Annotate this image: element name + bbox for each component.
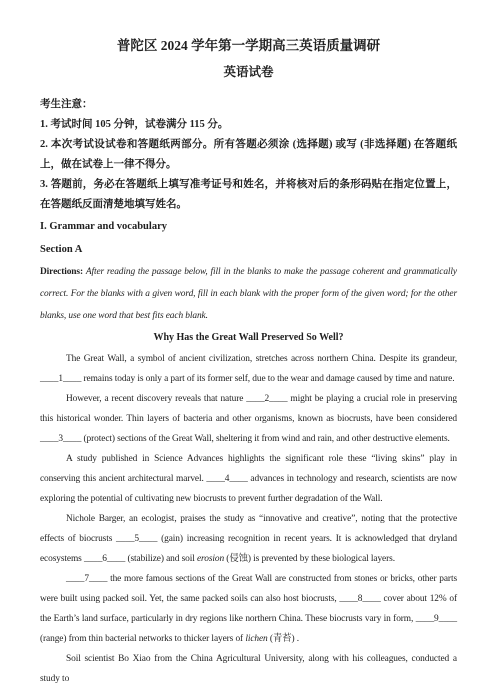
passage-text: (青苔) . xyxy=(268,634,299,644)
passage-text: However, a recent discovery reveals that… xyxy=(40,394,457,444)
notice-item-3: 3. 答题前，务必在答题纸上填写准考证号和姓名，并将核对后的条形码贴在指定位置上… xyxy=(40,175,457,215)
notice-item-1: 1. 考试时间 105 分钟，试卷满分 115 分。 xyxy=(40,115,457,135)
document-subtitle: 英语试卷 xyxy=(40,63,457,81)
passage-text: Soil scientist Bo Xiao from the China Ag… xyxy=(40,654,457,684)
passage-paragraph: However, a recent discovery reveals that… xyxy=(40,389,457,449)
glossed-term: erosion xyxy=(197,554,224,564)
notice-heading: 考生注意： xyxy=(40,95,457,115)
directions-label: Directions: xyxy=(40,267,83,277)
passage-body: The Great Wall, a symbol of ancient civi… xyxy=(40,349,457,689)
passage-paragraph: The Great Wall, a symbol of ancient civi… xyxy=(40,349,457,389)
passage-title: Why Has the Great Wall Preserved So Well… xyxy=(40,327,457,349)
directions: Directions: After reading the passage be… xyxy=(40,261,457,327)
notice-item-2: 2. 本次考试设试卷和答题纸两部分。所有答题必须涂 (选择题) 或写 (非选择题… xyxy=(40,135,457,175)
exam-paper-page: 普陀区 2024 学年第一学期高三英语质量调研 英语试卷 考生注意： 1. 考试… xyxy=(0,0,495,700)
passage-text: (侵蚀) is prevented by these biological la… xyxy=(224,554,395,564)
passage-paragraph: Nichole Barger, an ecologist, praises th… xyxy=(40,509,457,569)
subsection-heading-section-a: Section A xyxy=(40,238,457,261)
section-heading-grammar-vocabulary: I. Grammar and vocabulary xyxy=(40,215,457,238)
passage-paragraph: Soil scientist Bo Xiao from the China Ag… xyxy=(40,649,457,689)
passage-paragraph: A study published in Science Advances hi… xyxy=(40,449,457,509)
document-title: 普陀区 2024 学年第一学期高三英语质量调研 xyxy=(40,36,457,56)
passage-text: The Great Wall, a symbol of ancient civi… xyxy=(40,354,457,384)
passage-text: A study published in Science Advances hi… xyxy=(40,454,457,504)
glossed-term: lichen xyxy=(245,634,267,644)
candidate-notice: 考生注意： 1. 考试时间 105 分钟，试卷满分 115 分。 2. 本次考试… xyxy=(40,95,457,215)
directions-text: After reading the passage below, fill in… xyxy=(40,267,457,321)
passage-paragraph: ____7____ the more famous sections of th… xyxy=(40,569,457,649)
